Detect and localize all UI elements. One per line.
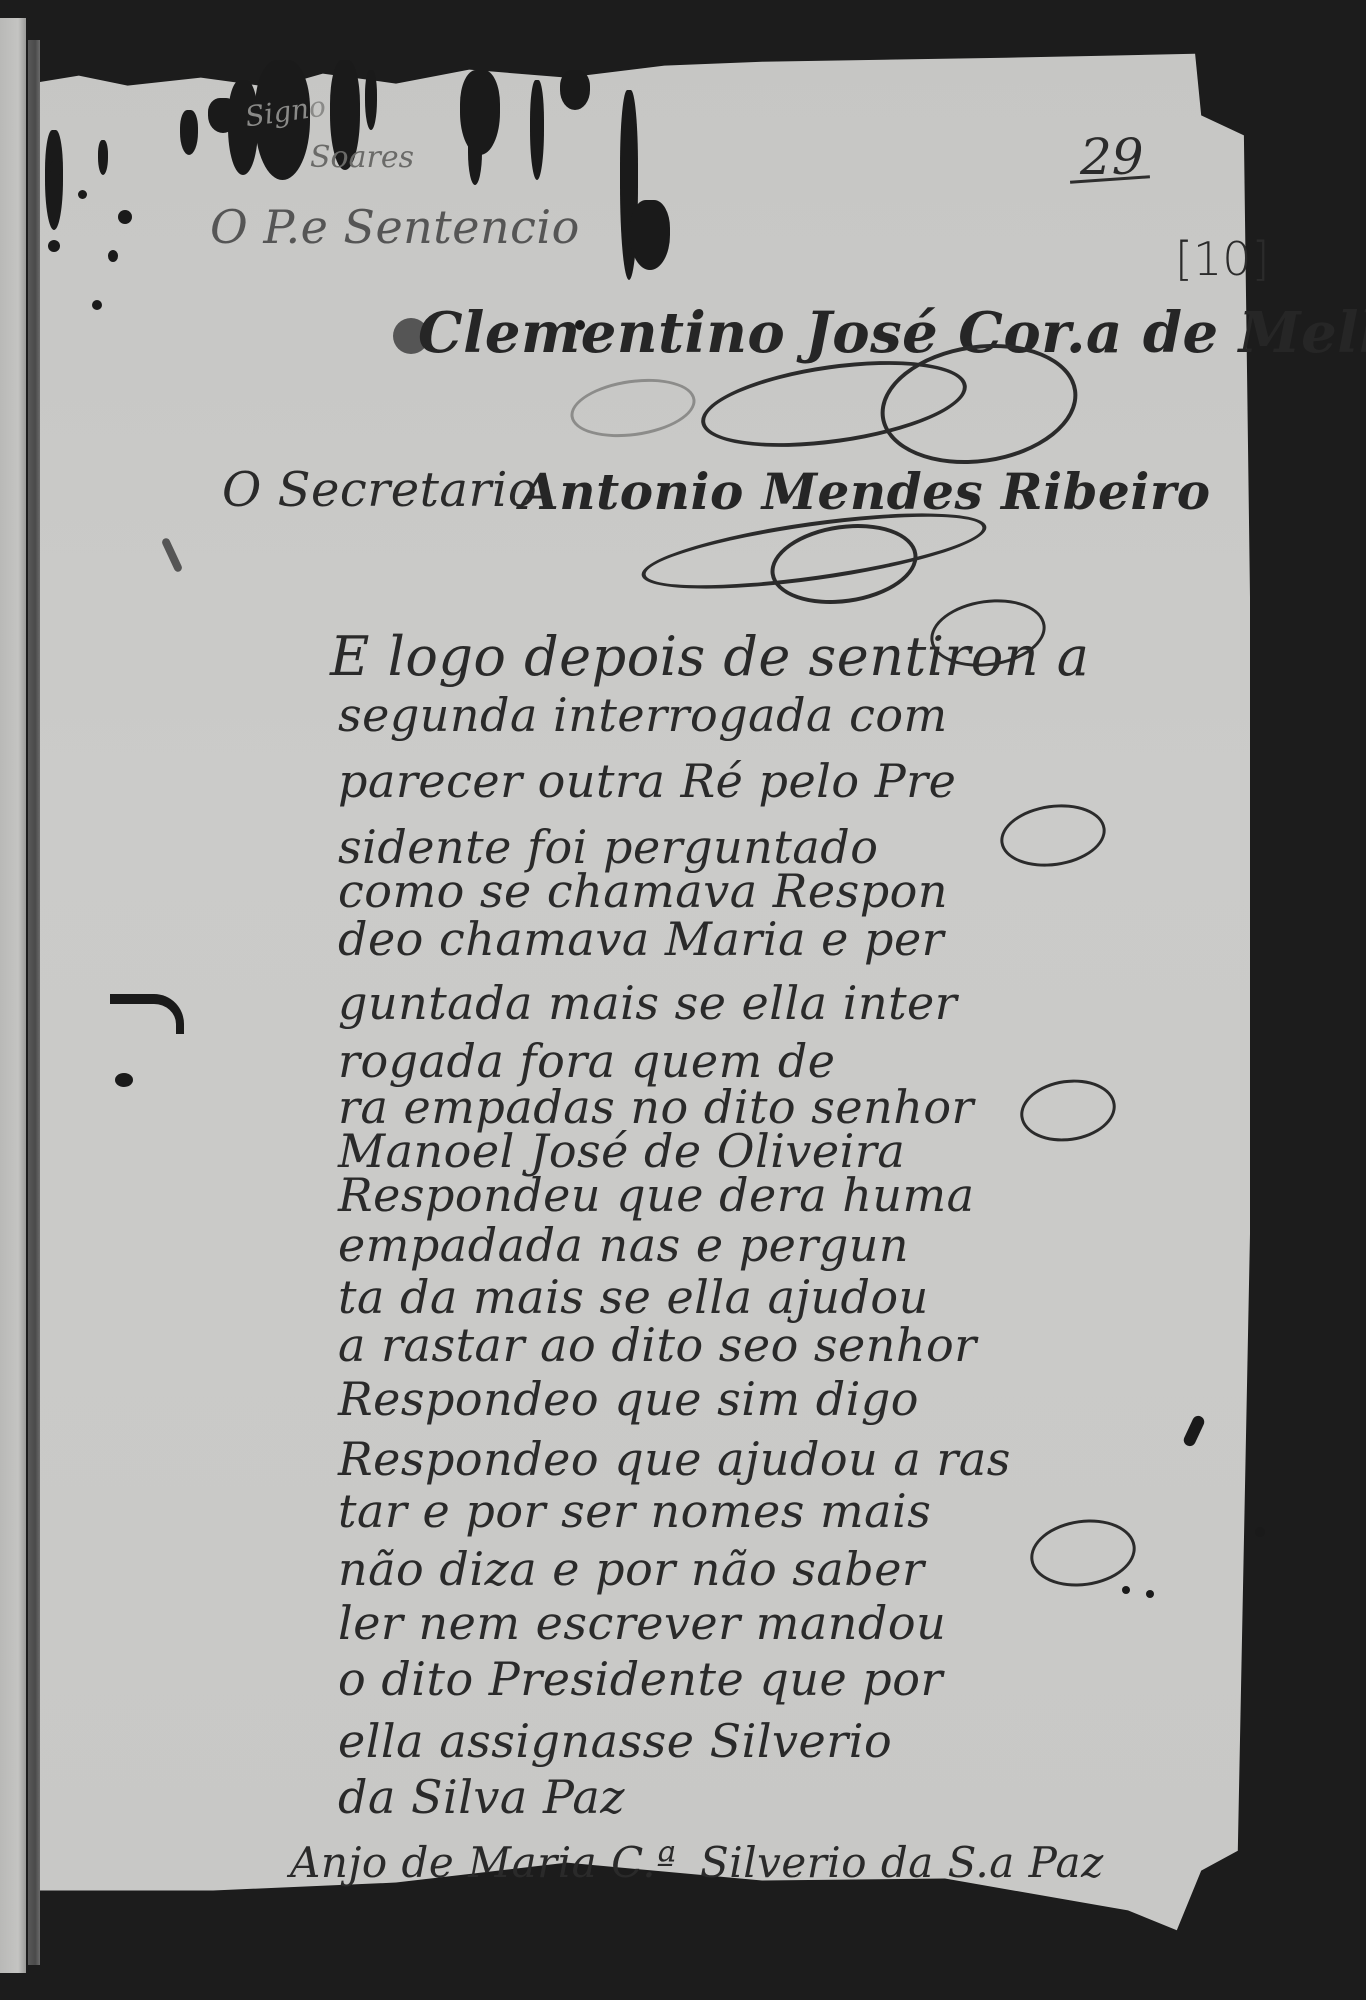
binding-strip: [28, 40, 40, 1965]
body-line: tar e por ser nomes mais: [338, 1484, 931, 1538]
body-line: Respondeu que dera huma: [338, 1168, 975, 1222]
body-line: Respondeo que sim digo: [338, 1372, 919, 1426]
signature-footer-left: Anjo de Maria C.ª: [290, 1838, 677, 1887]
body-line: ler nem escrever mandou: [338, 1596, 946, 1650]
role-label-secretario: O Secretario: [222, 462, 537, 518]
signature-antonio: Antonio Mendes Ribeiro: [520, 462, 1211, 521]
body-line: guntada mais se ella inter: [338, 976, 957, 1030]
body-line: ta da mais se ella ajudou: [338, 1270, 929, 1324]
body-line: o dito Presidente que por: [338, 1652, 943, 1706]
adjacent-page-edge: [0, 18, 26, 1973]
body-line: da Silva Paz: [338, 1770, 625, 1824]
archive-reference: [10]: [1175, 232, 1269, 286]
body-line: como se chamava Respon: [338, 864, 948, 918]
body-line: ella assignasse Silverio: [338, 1714, 892, 1768]
body-line: Respondeo que ajudou a ras: [338, 1432, 1011, 1486]
role-label-sentencio: O P.e Sentencio: [210, 200, 580, 254]
body-line: parecer outra Ré pelo Pre: [338, 754, 956, 808]
stray-ink-mark: [110, 994, 184, 1034]
body-line: empadada nas e pergun: [338, 1218, 909, 1272]
signature-footer-right: Silverio da S.a Paz: [700, 1838, 1104, 1887]
margin-note-faint: Soares: [310, 140, 414, 175]
body-line: a rastar ao dito seo senhor: [338, 1318, 977, 1372]
body-line: deo chamava Maria e per: [338, 912, 944, 966]
body-line: segunda interrogada com: [338, 688, 948, 742]
signature-clementino: Clementino José Cor.a de Mello: [418, 300, 1366, 366]
body-line: não diza e por não saber: [338, 1542, 924, 1596]
